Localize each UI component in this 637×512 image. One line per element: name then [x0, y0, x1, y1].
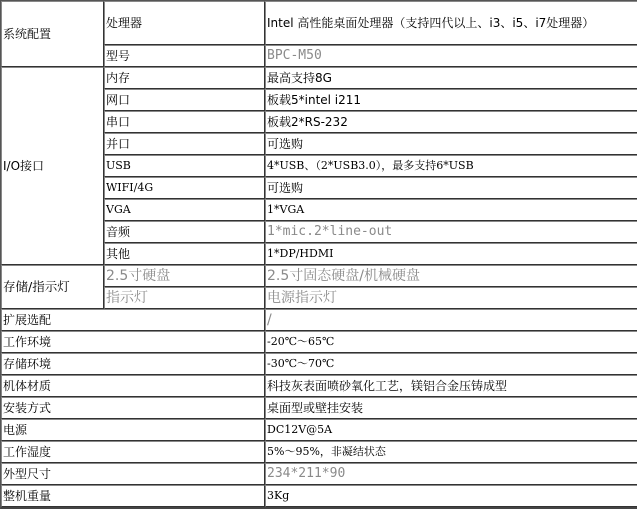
row-label-model: 型号 [104, 45, 265, 67]
row-value-weight: 3Kg [265, 485, 637, 507]
table-row: I/O接口 内存 最高支持8G [1, 67, 637, 89]
table-row: 整机重量 3Kg [1, 485, 637, 507]
row-value-humidity: 5%～95%，非凝结状态 [265, 441, 637, 463]
row-label-material: 机体材质 [1, 375, 265, 397]
row-label-vga: VGA [104, 199, 265, 221]
row-label-lan: 网口 [104, 89, 265, 111]
row-value-expansion: / [265, 309, 637, 331]
row-value-serial: 板载2*RS-232 [265, 111, 637, 133]
row-label-dimensions: 外型尺寸 [1, 463, 265, 485]
row-label-mounting: 安装方式 [1, 397, 265, 419]
row-value-audio: 1*mic.2*line-out [265, 221, 637, 243]
row-label-wifi: WIFI/4G [104, 177, 265, 199]
row-label-humidity: 工作湿度 [1, 441, 265, 463]
row-value-disk: 2.5寸固态硬盘/机械硬盘 [265, 265, 637, 287]
group-label-system: 系统配置 [1, 1, 104, 67]
row-label-usb: USB [104, 155, 265, 177]
row-label-cpu: 处理器 [104, 1, 265, 45]
row-label-serial: 串口 [104, 111, 265, 133]
row-label-disk: 2.5寸硬盘 [104, 265, 265, 287]
table-row: 工作湿度 5%～95%，非凝结状态 [1, 441, 637, 463]
table-row: 电源 DC12V@5A [1, 419, 637, 441]
table-row: 安装方式 桌面型或壁挂安装 [1, 397, 637, 419]
row-value-lan: 板载5*intel i211 [265, 89, 637, 111]
row-value-cpu: Intel 高性能桌面处理器（支持四代以上、i3、i5、i7处理器） [265, 1, 637, 45]
row-value-operating-env: -20℃～65℃ [265, 331, 637, 353]
row-value-model: BPC-M50 [265, 45, 637, 67]
row-label-other: 其他 [104, 243, 265, 265]
row-value-usb: 4*USB、（2*USB3.0），最多支持6*USB [265, 155, 637, 177]
row-label-storage-env: 存储环境 [1, 353, 265, 375]
row-label-weight: 整机重量 [1, 485, 265, 507]
row-label-expansion: 扩展选配 [1, 309, 265, 331]
row-value-mounting: 桌面型或壁挂安装 [265, 397, 637, 419]
spec-table: 系统配置 处理器 Intel 高性能桌面处理器（支持四代以上、i3、i5、i7处… [0, 0, 637, 509]
table-row: 扩展选配 / [1, 309, 637, 331]
table-row: 外型尺寸 234*211*90 [1, 463, 637, 485]
group-label-io: I/O接口 [1, 67, 104, 265]
row-value-wifi: 可选购 [265, 177, 637, 199]
row-label-indicator: 指示灯 [104, 287, 265, 309]
row-value-other: 1*DP/HDMI [265, 243, 637, 265]
row-label-audio: 音频 [104, 221, 265, 243]
row-label-parallel: 并口 [104, 133, 265, 155]
row-value-indicator: 电源指示灯 [265, 287, 637, 309]
row-value-storage-env: -30℃～70℃ [265, 353, 637, 375]
row-value-material: 科技灰表面喷砂氧化工艺，镁铝合金压铸成型 [265, 375, 637, 397]
row-value-power: DC12V@5A [265, 419, 637, 441]
table-row: 存储/指示灯 2.5寸硬盘 2.5寸固态硬盘/机械硬盘 [1, 265, 637, 287]
table-row: 工作环境 -20℃～65℃ [1, 331, 637, 353]
table-row: 系统配置 处理器 Intel 高性能桌面处理器（支持四代以上、i3、i5、i7处… [1, 1, 637, 45]
row-label-power: 电源 [1, 419, 265, 441]
row-label-operating-env: 工作环境 [1, 331, 265, 353]
row-value-dimensions: 234*211*90 [265, 463, 637, 485]
table-row: 机体材质 科技灰表面喷砂氧化工艺，镁铝合金压铸成型 [1, 375, 637, 397]
table-row: 存储环境 -30℃～70℃ [1, 353, 637, 375]
row-label-memory: 内存 [104, 67, 265, 89]
group-label-storage: 存储/指示灯 [1, 265, 104, 309]
row-value-memory: 最高支持8G [265, 67, 637, 89]
row-value-parallel: 可选购 [265, 133, 637, 155]
row-value-vga: 1*VGA [265, 199, 637, 221]
